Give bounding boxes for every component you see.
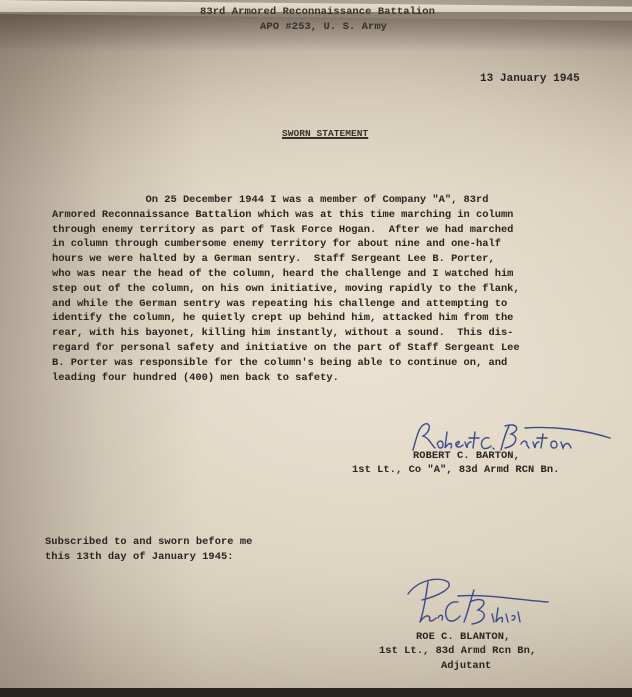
statement-line: B. Porter was responsible for the column… — [52, 356, 520, 371]
header-unit: 83rd Armored Reconnaissance Battalion — [200, 6, 435, 18]
subscribed-line-1: Subscribed to and sworn before me — [45, 536, 252, 548]
statement-line: regard for personal safety and initiativ… — [52, 341, 520, 356]
signatory-2-name: ROE C. BLANTON, — [416, 631, 510, 643]
signatory-2-rank: 1st Lt., 83d Armd Rcn Bn, — [379, 645, 536, 657]
signature-blanton — [398, 572, 558, 632]
statement-line: step out of the column, on his own initi… — [52, 282, 520, 297]
statement-line: through enemy territory as part of Task … — [52, 223, 520, 238]
statement-line: rear, with his bayonet, killing him inst… — [52, 326, 520, 341]
statement-line: identify the column, he quietly crept up… — [52, 311, 520, 326]
statement-line: in column through cumbersome enemy terri… — [52, 237, 520, 252]
statement-line: On 25 December 1944 I was a member of Co… — [52, 193, 520, 208]
statement-line: and while the German sentry was repeatin… — [52, 297, 520, 312]
subscribed-line-2: this 13th day of January 1945: — [45, 551, 234, 563]
document-date: 13 January 1945 — [480, 73, 580, 85]
statement-line: hours we were halted by a German sentry.… — [52, 252, 520, 267]
statement-line: Armored Reconnaissance Battalion which w… — [52, 208, 520, 223]
desk-edge — [0, 688, 632, 697]
signatory-1-name: ROBERT C. BARTON, — [413, 450, 520, 462]
statement-body: On 25 December 1944 I was a member of Co… — [52, 193, 520, 385]
document-title: SWORN STATEMENT — [282, 128, 368, 139]
signatory-2-title: Adjutant — [441, 660, 491, 672]
statement-line: leading four hundred (400) men back to s… — [52, 371, 520, 386]
header-apo: APO #253, U. S. Army — [260, 21, 387, 33]
signatory-1-rank: 1st Lt., Co "A", 83d Armd RCN Bn. — [352, 464, 559, 476]
statement-line: who was near the head of the column, hea… — [52, 267, 520, 282]
document-page: 83rd Armored Reconnaissance Battalion AP… — [0, 0, 632, 697]
